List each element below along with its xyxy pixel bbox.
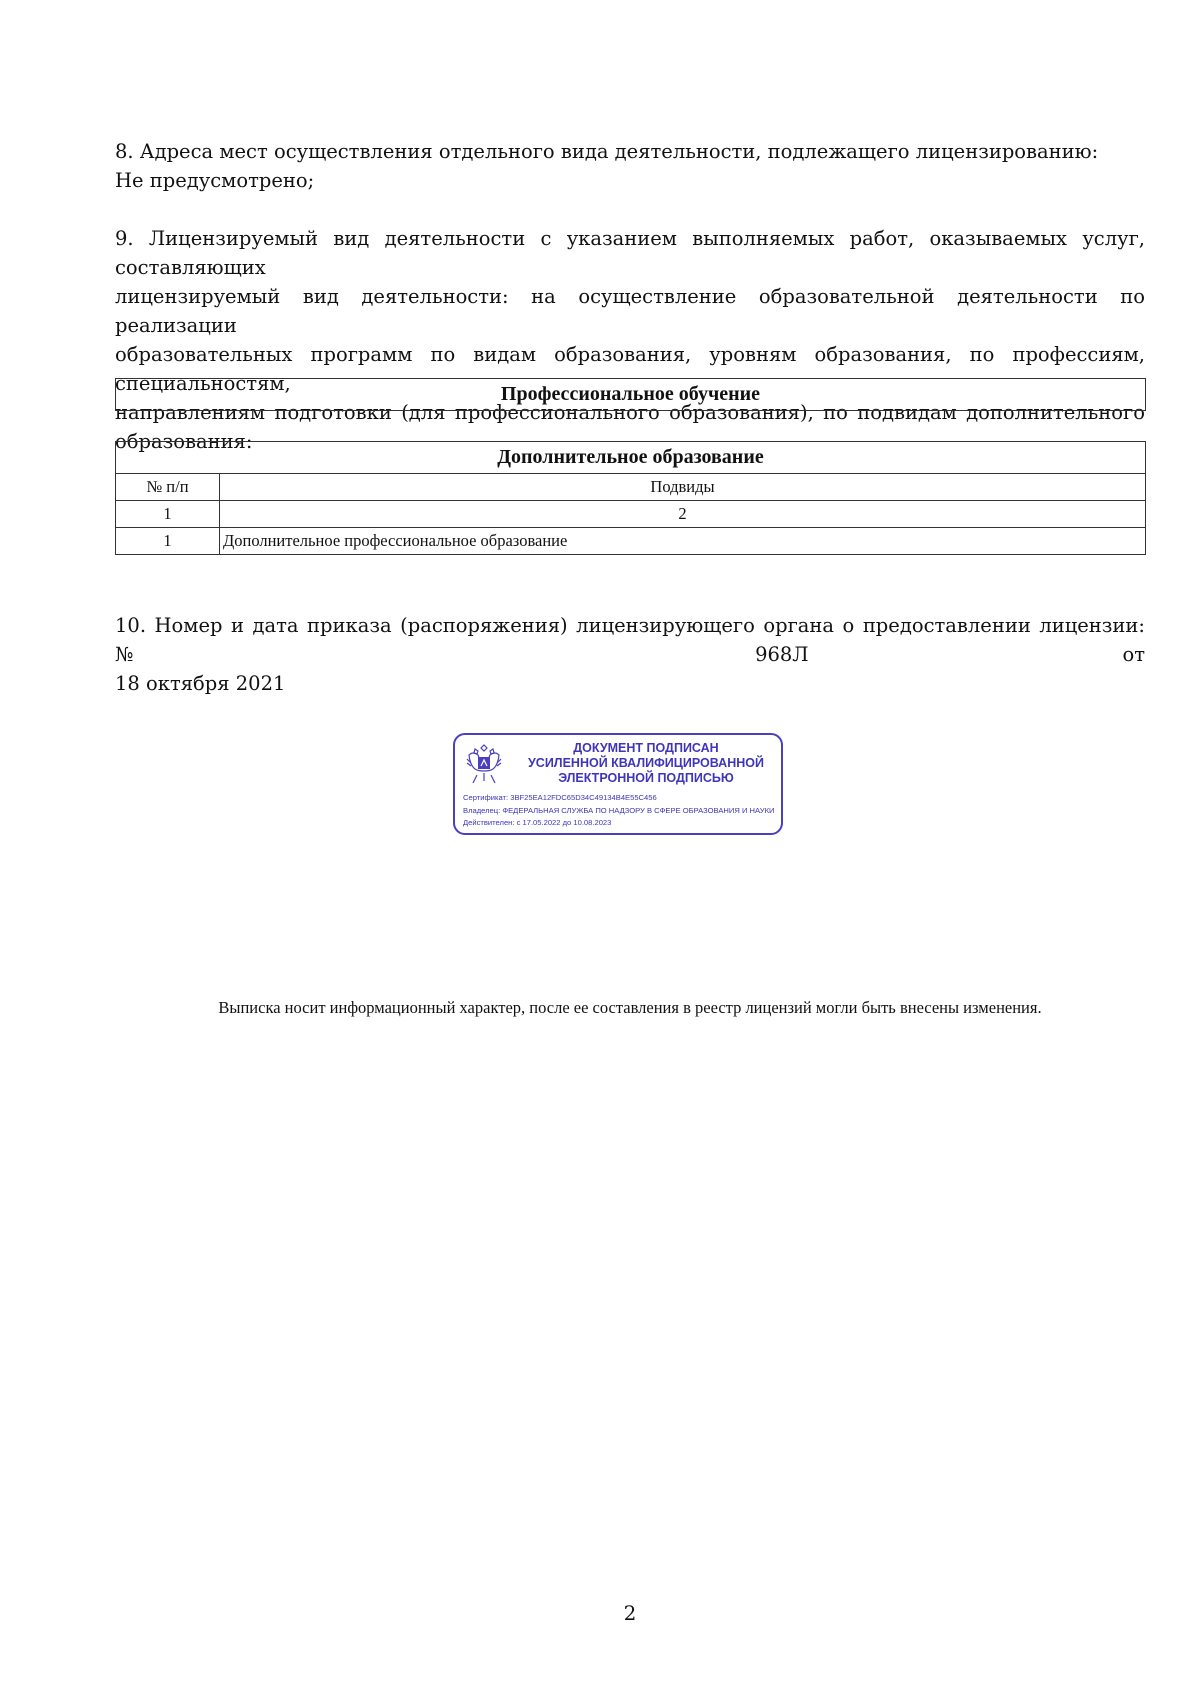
- numbering-cell: 2: [220, 501, 1146, 528]
- stamp-title-line: УСИЛЕННОЙ КВАЛИФИЦИРОВАННОЙ: [515, 756, 777, 771]
- professional-training-table: Профессиональное обучение: [115, 378, 1146, 411]
- section-9: 9. Лицензируемый вид деятельности с указ…: [115, 224, 1145, 456]
- section-8-value: Не предусмотрено;: [115, 166, 1145, 195]
- section-10-line2: 18 октября 2021: [115, 669, 1145, 698]
- page-number: 2: [0, 1601, 1200, 1625]
- table-numbering-row: 1 2: [116, 501, 1146, 528]
- stamp-title-line: ДОКУМЕНТ ПОДПИСАН: [515, 741, 777, 756]
- section-8: 8. Адреса мест осуществления отдельного …: [115, 137, 1145, 195]
- certificate-number: Сертификат: 3BF25EA12FDC65D34C49134B4E55…: [463, 792, 774, 805]
- additional-education-table: Дополнительное образование № п/п Подвиды…: [115, 441, 1146, 555]
- certificate-owner: Владелец: ФЕДЕРАЛЬНАЯ СЛУЖБА ПО НАДЗОРУ …: [463, 805, 774, 818]
- stamp-title-line: ЭЛЕКТРОННОЙ ПОДПИСЬЮ: [515, 771, 777, 786]
- numbering-cell: 1: [116, 501, 220, 528]
- certificate-validity: Действителен: с 17.05.2022 до 10.08.2023: [463, 817, 774, 830]
- column-header-subtypes: Подвиды: [220, 474, 1146, 501]
- row-subtype: Дополнительное профессиональное образова…: [220, 528, 1146, 555]
- column-header-number: № п/п: [116, 474, 220, 501]
- row-number: 1: [116, 528, 220, 555]
- section-10: 10. Номер и дата приказа (распоряжения) …: [115, 611, 1145, 698]
- section-9-line: лицензируемый вид деятельности: на осуще…: [115, 282, 1145, 340]
- additional-education-title: Дополнительное образование: [116, 442, 1146, 474]
- russian-coat-of-arms-icon: [463, 741, 505, 787]
- footer-note: Выписка носит информационный характер, п…: [0, 998, 1200, 1018]
- stamp-details: Сертификат: 3BF25EA12FDC65D34C49134B4E55…: [463, 792, 774, 830]
- electronic-signature-stamp: ДОКУМЕНТ ПОДПИСАН УСИЛЕННОЙ КВАЛИФИЦИРОВ…: [453, 733, 783, 835]
- section-9-line: 9. Лицензируемый вид деятельности с указ…: [115, 224, 1145, 282]
- section-8-heading: 8. Адреса мест осуществления отдельного …: [115, 137, 1145, 166]
- professional-training-title: Профессиональное обучение: [116, 379, 1146, 411]
- section-10-line1: 10. Номер и дата приказа (распоряжения) …: [115, 611, 1145, 669]
- table-header-row: № п/п Подвиды: [116, 474, 1146, 501]
- table-row: 1 Дополнительное профессиональное образо…: [116, 528, 1146, 555]
- stamp-title: ДОКУМЕНТ ПОДПИСАН УСИЛЕННОЙ КВАЛИФИЦИРОВ…: [515, 741, 777, 786]
